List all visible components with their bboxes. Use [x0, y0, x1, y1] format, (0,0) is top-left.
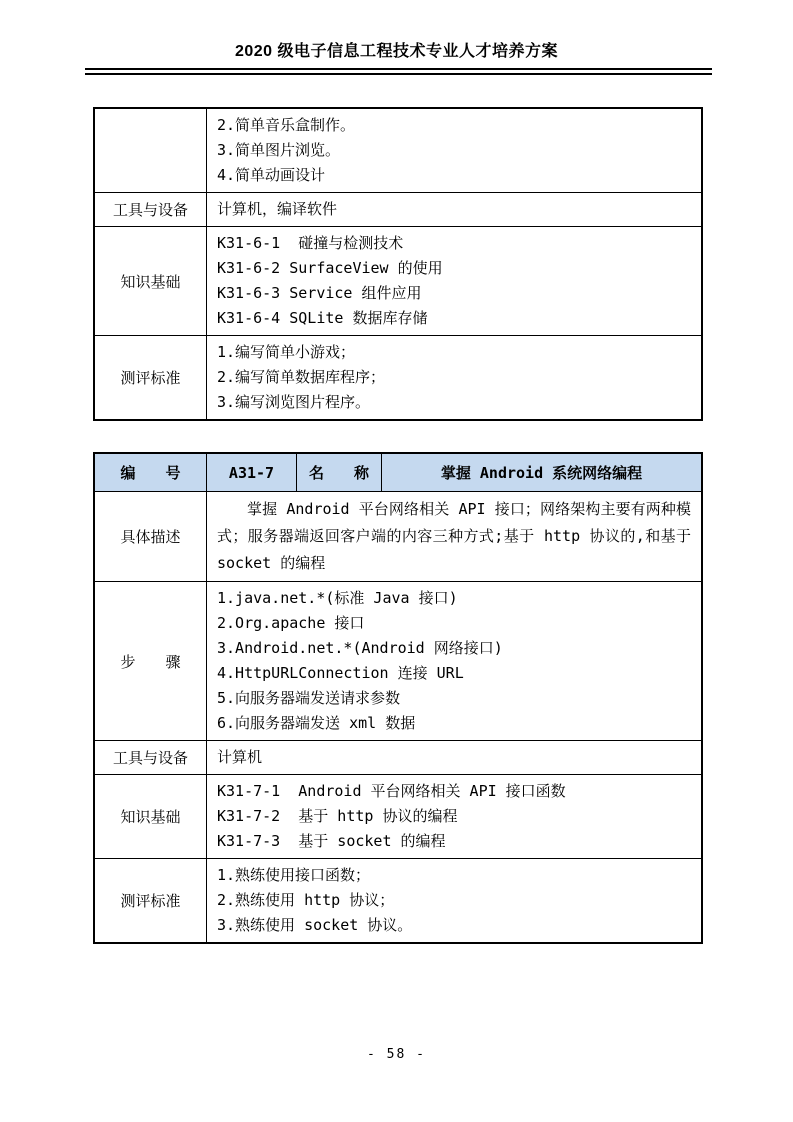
row-label-empty	[95, 109, 207, 192]
content-paragraph: 掌握 Android 平台网络相关 API 接口；网络架构主要有两种模式；服务器…	[217, 496, 691, 577]
table-row-knowledge: 知识基础 K31-6-1 碰撞与检测技术 K31-6-2 SurfaceView…	[95, 226, 701, 335]
content-line: 4.HttpURLConnection 连接 URL	[217, 661, 691, 686]
header-id-label: 编 号	[95, 454, 207, 491]
content-line: K31-6-1 碰撞与检测技术	[217, 231, 691, 256]
table-row-steps: 步 骤 1.java.net.*(标准 Java 接口) 2.Org.apach…	[95, 581, 701, 740]
content-line: K31-6-2 SurfaceView 的使用	[217, 256, 691, 281]
content-line: 3.简单图片浏览。	[217, 138, 691, 163]
content-line: K31-7-1 Android 平台网络相关 API 接口函数	[217, 779, 691, 804]
row-content: 掌握 Android 平台网络相关 API 接口；网络架构主要有两种模式；服务器…	[207, 492, 701, 581]
table-row-assessment: 测评标准 1.编写简单小游戏； 2.编写简单数据库程序； 3.编写浏览图片程序。	[95, 335, 701, 419]
content-line: 1.java.net.*(标准 Java 接口)	[217, 586, 691, 611]
header-name-label: 名 称	[297, 454, 382, 491]
row-label: 工具与设备	[95, 193, 207, 226]
row-label: 知识基础	[95, 775, 207, 858]
content-line: 1.编写简单小游戏；	[217, 340, 691, 365]
row-content: 2.简单音乐盒制作。 3.简单图片浏览。 4.简单动画设计	[207, 109, 701, 192]
content-line: 2.简单音乐盒制作。	[217, 113, 691, 138]
row-label: 具体描述	[95, 492, 207, 581]
content-line: 6.向服务器端发送 xml 数据	[217, 711, 691, 736]
header-name-value: 掌握 Android 系统网络编程	[382, 454, 701, 491]
content-line: K31-6-4 SQLite 数据库存储	[217, 306, 691, 331]
table-row-description: 具体描述 掌握 Android 平台网络相关 API 接口；网络架构主要有两种模…	[95, 491, 701, 581]
row-label: 工具与设备	[95, 741, 207, 774]
content-line: K31-7-3 基于 socket 的编程	[217, 829, 691, 854]
content-line: 2.熟练使用 http 协议；	[217, 888, 691, 913]
content-line: 4.简单动画设计	[217, 163, 691, 188]
content-line: 3.编写浏览图片程序。	[217, 390, 691, 415]
content-line: 5.向服务器端发送请求参数	[217, 686, 691, 711]
content-line: 3.Android.net.*(Android 网络接口)	[217, 636, 691, 661]
row-content: 1.编写简单小游戏； 2.编写简单数据库程序； 3.编写浏览图片程序。	[207, 336, 701, 419]
row-content: 计算机	[207, 741, 701, 774]
row-content: K31-6-1 碰撞与检测技术 K31-6-2 SurfaceView 的使用 …	[207, 227, 701, 335]
row-label: 测评标准	[95, 336, 207, 419]
content-line: 3.熟练使用 socket 协议。	[217, 913, 691, 938]
table-header-row: 编 号 A31-7 名 称 掌握 Android 系统网络编程	[95, 454, 701, 491]
content-line: 计算机，编译软件	[217, 197, 691, 222]
page-number: - 58 -	[0, 1047, 793, 1062]
header-id-value: A31-7	[207, 454, 297, 491]
row-content: K31-7-1 Android 平台网络相关 API 接口函数 K31-7-2 …	[207, 775, 701, 858]
table-a31-7: 编 号 A31-7 名 称 掌握 Android 系统网络编程 具体描述 掌握 …	[93, 452, 703, 944]
content-line: 2.编写简单数据库程序；	[217, 365, 691, 390]
table-row-knowledge: 知识基础 K31-7-1 Android 平台网络相关 API 接口函数 K31…	[95, 774, 701, 858]
row-label: 步 骤	[95, 582, 207, 740]
content-line: K31-7-2 基于 http 协议的编程	[217, 804, 691, 829]
content-line: 2.Org.apache 接口	[217, 611, 691, 636]
content-line: K31-6-3 Service 组件应用	[217, 281, 691, 306]
row-content: 1.熟练使用接口函数； 2.熟练使用 http 协议； 3.熟练使用 socke…	[207, 859, 701, 942]
table-k31-6: 2.简单音乐盒制作。 3.简单图片浏览。 4.简单动画设计 工具与设备 计算机，…	[93, 107, 703, 421]
table-row-tools: 工具与设备 计算机	[95, 740, 701, 774]
row-content: 计算机，编译软件	[207, 193, 701, 226]
row-content: 1.java.net.*(标准 Java 接口) 2.Org.apache 接口…	[207, 582, 701, 740]
content-line: 计算机	[217, 745, 691, 770]
content-line: 1.熟练使用接口函数；	[217, 863, 691, 888]
header-double-rule	[85, 68, 712, 75]
table-row-steps-continued: 2.简单音乐盒制作。 3.简单图片浏览。 4.简单动画设计	[95, 109, 701, 192]
row-label: 知识基础	[95, 227, 207, 335]
page-title: 2020 级电子信息工程技术专业人才培养方案	[0, 0, 793, 61]
table-row-assessment: 测评标准 1.熟练使用接口函数； 2.熟练使用 http 协议； 3.熟练使用 …	[95, 858, 701, 942]
document-page: 2020 级电子信息工程技术专业人才培养方案 2.简单音乐盒制作。 3.简单图片…	[0, 0, 793, 1122]
row-label: 测评标准	[95, 859, 207, 942]
table-row-tools: 工具与设备 计算机，编译软件	[95, 192, 701, 226]
